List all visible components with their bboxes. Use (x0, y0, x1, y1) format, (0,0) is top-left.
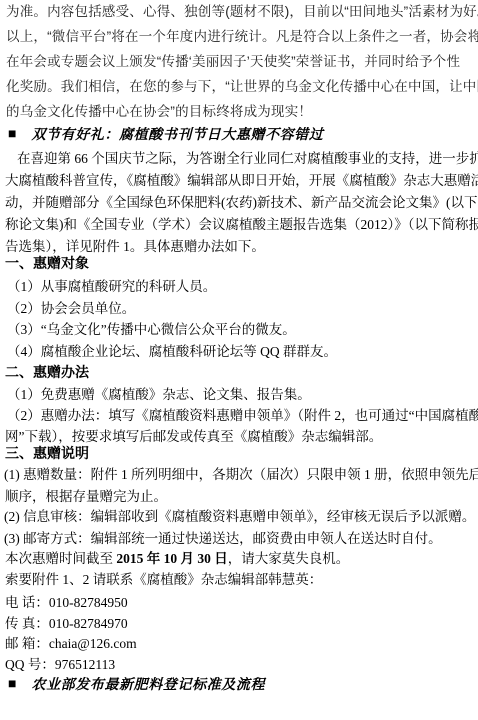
part1-title: 一、惠赠对象 (5, 258, 89, 272)
qq-label: QQ 号： (5, 657, 55, 672)
contact-phone: 电 话：010-82784950 (5, 596, 128, 610)
request-line: 索要附件 1、2 请联系《腐植酸》杂志编辑部韩慧英： (5, 573, 322, 587)
gift-section-title: 双节有好礼：腐植酸书刊节日大惠赠不容错过 (31, 128, 323, 143)
contact-email: 邮 箱：chaia@126.com (5, 637, 137, 651)
deadline-suffix: ，请大家莫失良机。 (228, 551, 350, 566)
list-item: （3）“乌金文化”传播中心微信公众平台的微友。 (7, 323, 296, 337)
deadline-line: 本次惠赠时间截至 2015 年 10 月 30 日，请大家莫失良机。 (5, 552, 349, 566)
email-value: chaia@126.com (49, 636, 137, 651)
list-item: （1）免费惠赠《腐植酸》杂志、论文集、报告集。 (7, 388, 311, 402)
list-item-continuation: 网”下载），按要求填写后邮发或传真至《腐植酸》杂志编辑部。 (5, 430, 382, 444)
paragraph-line: 告选集），详见附件 1。具体惠赠办法如下。 (5, 240, 265, 254)
paragraph-line: 在喜迎第 66 个国庆节之际，为答谢全行业同仁对腐植酸事业的支持，进一步扩 (17, 152, 478, 166)
document-page: 为准。内容包括感受、心得、独创等(题材不限)，目前以“田间地头”活素材为好。 以… (0, 0, 478, 720)
contact-qq: QQ 号：976512113 (5, 658, 115, 672)
square-bullet-icon: ■ (8, 678, 16, 692)
list-item: (3) 邮寄方式：编辑部统一通过快递送达，邮资费由申领人在送达时自付。 (4, 532, 442, 546)
list-item: （4）腐植酸企业论坛、腐植酸科研论坛等 QQ 群群友。 (7, 345, 337, 359)
intro-line: 在年会或专题会议上颁发“传播‘美丽因子’天使奖”荣誉证书，并同时给予个性 (6, 55, 460, 69)
list-item: （2）协会会员单位。 (7, 302, 135, 316)
intro-line: 以上，“微信平台”将在一个年度内进行统计。凡是符合以上条件之一者，协会将 (6, 30, 478, 44)
fax-label: 传 真： (5, 616, 49, 631)
fertilizer-section-title: 农业部发布最新肥料登记标准及流程 (31, 678, 265, 693)
paragraph-line: 动，并随赠部分《全国绿色环保肥料(农药)新技术、新产品交流会论文集》(以下简 (5, 196, 478, 210)
email-label: 邮 箱： (5, 636, 49, 651)
qq-value: 976512113 (55, 657, 115, 672)
intro-line: 为准。内容包括感受、心得、独创等(题材不限)，目前以“田间地头”活素材为好。 (6, 5, 478, 19)
list-item: （2）惠赠办法：填写《腐植酸资料惠赠申领单》（附件 2，也可通过“中国腐植酸 (7, 409, 478, 423)
part3-title: 三、惠赠说明 (5, 448, 89, 462)
phone-label: 电 话： (5, 595, 49, 610)
paragraph-line: 大腐植酸科普宣传，《腐植酸》编辑部从即日开始，开展《腐植酸》杂志大惠赠活 (5, 174, 478, 188)
part2-title: 二、惠赠办法 (5, 367, 89, 381)
deadline-prefix: 本次惠赠时间截至 (5, 551, 116, 566)
contact-fax: 传 真：010-82784970 (5, 617, 128, 631)
list-item: (1) 惠赠数量：附件 1 所列明细中，各期次（届次）只限申领 1 册，依照申领… (4, 468, 478, 482)
fax-value: 010-82784970 (49, 616, 128, 631)
list-item-continuation: 顺序，根据存量赠完为止。 (5, 490, 167, 504)
intro-line: 的乌金文化传播中心在协会”的目标终将成为现实！ (6, 105, 312, 119)
intro-line: 化奖励。我们相信，在您的参与下，“让世界的乌金文化传播中心在中国，让中国 (6, 80, 478, 94)
fertilizer-section-heading: ■农业部发布最新肥料登记标准及流程 (8, 679, 265, 693)
list-item: （1）从事腐植酸研究的科研人员。 (7, 280, 216, 294)
list-item: (2) 信息审核：编辑部收到《腐植酸资料惠赠申领单》，经审核无误后予以派赠。 (4, 510, 475, 524)
paragraph-line: 称论文集)和《全国专业（学术）会议腐植酸主题报告选集（2012）》（以下简称报 (5, 218, 478, 232)
phone-value: 010-82784950 (49, 595, 128, 610)
deadline-date: 2015 年 10 月 30 日 (116, 551, 227, 566)
square-bullet-icon: ■ (8, 128, 16, 142)
gift-section-heading: ■双节有好礼：腐植酸书刊节日大惠赠不容错过 (8, 129, 323, 143)
